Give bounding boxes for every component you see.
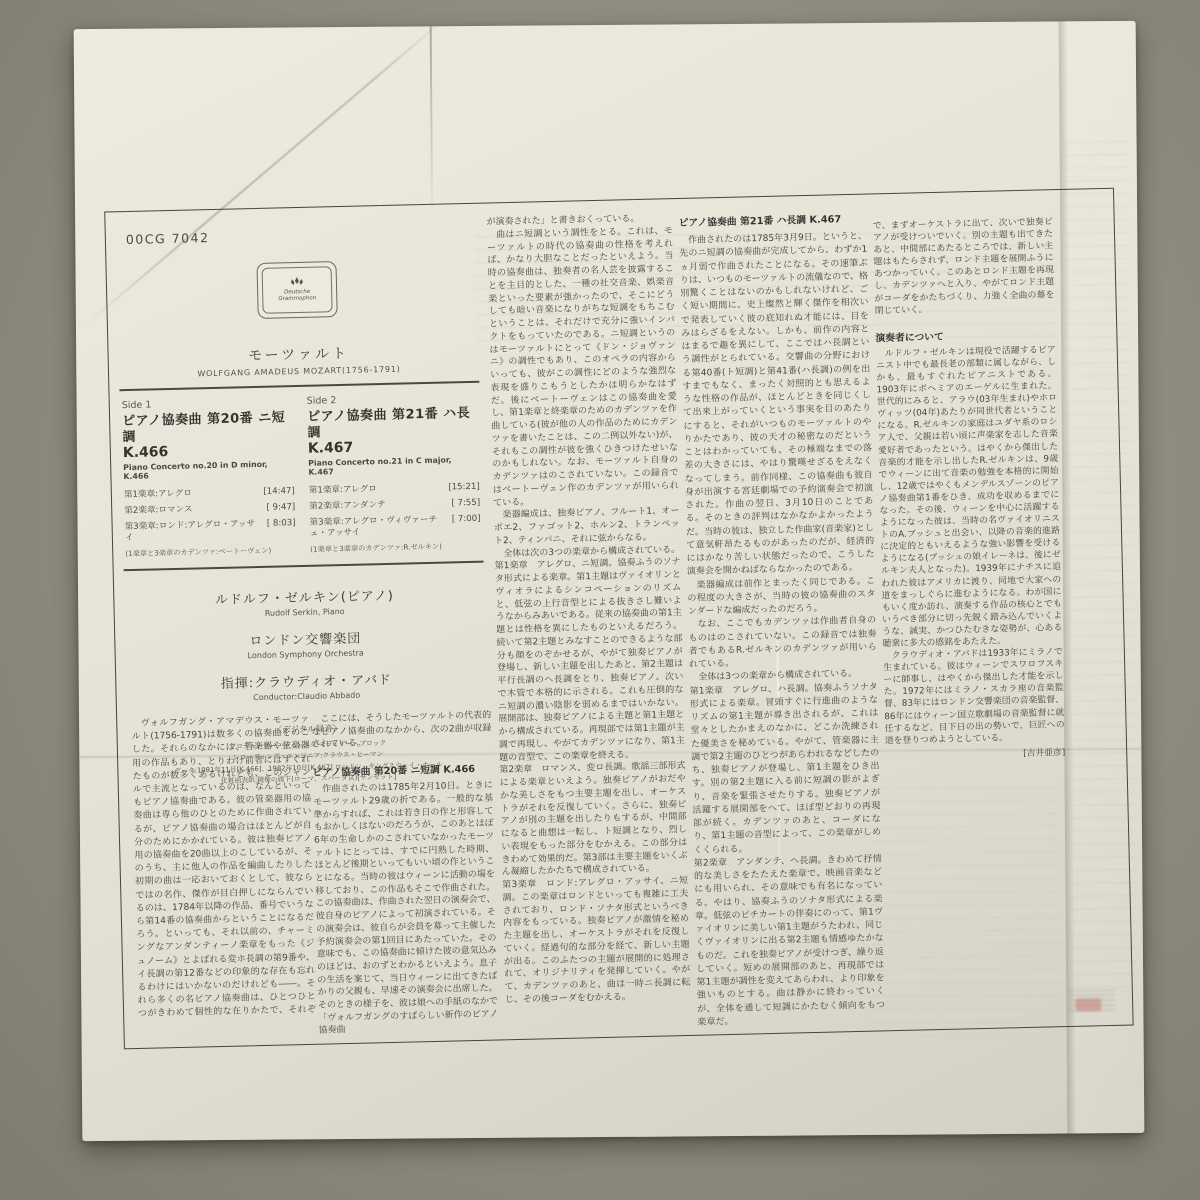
paragraph: 楽器編成は、独奏ピアノ、フルート1、オーボエ2、ファゴット2、ホルン2、トランペ… (493, 505, 680, 548)
paragraph: ここには、そうしたモーツァルトの代表的なピアノ協奏曲のなかから、次の2曲が収録さ… (311, 710, 492, 752)
track-duration: [ 7:00] (452, 514, 481, 537)
side1-label: Side 1 (122, 396, 293, 411)
track-row: 第1楽章:アレグロ [14:47] (124, 487, 295, 502)
side1-koechel-number: K.466 (123, 442, 294, 461)
track-row: 第3楽章:アレグロ・ヴィヴァーチェ・アッサイ [ 7:00] (309, 514, 480, 540)
paragraph: 曲はニ短調という調性をとる。これは、モーツァルトの時代の協奏曲の性格を考えれば、… (487, 225, 680, 510)
side2-work-title: ピアノ協奏曲 第21番 ハ長調 (307, 405, 479, 442)
side1-cadenza-note: (1楽章と3楽章のカデンツァ:ベートーヴェン) (125, 545, 296, 558)
deutsche-grammophon-logo: Deutsche Grammophon (256, 261, 337, 319)
dg-logo-cartouche: Deutsche Grammophon (262, 266, 333, 314)
paragraph: 作曲されたのは1785年2月10日。ときにモーツァルト29歳の折である。一般的な… (313, 780, 499, 1038)
track-title: 第2楽章:ロマンス (124, 505, 193, 518)
k466-section-heading: ピアノ協奏曲 第20番 ニ短調 K.466 (312, 761, 492, 779)
track-title: 第3楽章:ロンド:アレグロ・アッサイ (125, 519, 262, 545)
photo-backdrop: { "colors":{"backdrop":"#8e8b7f","paper"… (0, 0, 1200, 1200)
track-title: 第3楽章:アレグロ・ヴィヴァーチェ・アッサイ (309, 514, 446, 540)
printed-page: 00CG 7042 Deutsche Grammophon モーツァルト WOL… (104, 188, 1133, 1050)
paragraph: 第2楽章 アンダンテ、ヘ長調。きわめて抒情的な美しさをたたえた楽章で、映画音楽な… (694, 853, 886, 1029)
paragraph: 第2楽章 ロマンス、変ロ長調。歌謡三部形式による楽章といえよう。独奏ピアノがおだ… (499, 760, 688, 879)
k467-section-heading: ピアノ協奏曲 第21番 ハ長調 K.467 (678, 211, 866, 229)
track-duration: [ 7:55] (451, 498, 480, 510)
liner-notes-sheet: 00CG 7042 Deutsche Grammophon モーツァルト WOL… (74, 21, 1145, 1141)
track-duration: [ 8:03] (267, 518, 296, 541)
track-row: 第2楽章:アンダンテ [ 7:55] (309, 498, 480, 513)
paragraph: なお、ここでもカデンツァは作曲者自身のものはのこされていない。この録音では独奏者… (688, 615, 877, 672)
side2-tracklist: Side 2 ピアノ協奏曲 第21番 ハ長調 K.467 Piano Conce… (307, 391, 482, 553)
divider-rule (119, 381, 479, 391)
liner-notes-column-4: ピアノ協奏曲 第21番 ハ長調 K.467 作曲されたのは1785年3月9日。と… (678, 211, 885, 1029)
track-row: 第3楽章:ロンド:アレグロ・アッサイ [ 8:03] (125, 518, 296, 544)
divider-rule (124, 561, 484, 571)
artist-credits: ルドルフ・ゼルキン(ピアノ) Rudolf Serkin, Piano ロンドン… (122, 582, 489, 705)
paragraph: ルドルフ・ゼルキンは現役で活躍するピアニスト中でも最長老の部類に属しながら、しか… (876, 344, 1063, 651)
track-title: 第1楽章:アレグロ (124, 489, 192, 502)
side1-tracklist: Side 1 ピアノ協奏曲 第20番 ニ短調 K.466 Piano Conce… (122, 396, 297, 558)
track-row: 第2楽章:ロマンス [ 9:47] (124, 502, 295, 517)
dg-tulip-crest-icon (289, 277, 305, 288)
performers-section-heading: 演奏者について (875, 326, 1055, 344)
liner-notes-column-2: ここには、そうしたモーツァルトの代表的なピアノ協奏曲のなかから、次の2曲が収録さ… (311, 710, 499, 1040)
track-duration: [ 9:47] (266, 502, 295, 514)
liner-notes-column-3: が演奏された」と書きおくっている。 曲はニ短調という調性をとる。これは、モーツァ… (486, 212, 691, 1020)
paragraph: クラウディオ・アバドは1933年にミラノで生まれている。彼はウィーンでスワロフス… (883, 646, 1065, 747)
side2-koechel-number: K.467 (308, 438, 479, 457)
writer-credit: [吉井亜彦] (885, 745, 1065, 760)
track-duration: [14:47] (263, 487, 295, 499)
side2-cadenza-note: (1楽章と3楽章のカデンツァ:R.ゼルキン) (310, 540, 481, 553)
track-duration: [15:21] (448, 482, 480, 494)
paragraph: 楽器編成は前作とまったく同じである。この程度の大きさが、当時の彼の協奏曲のスタン… (687, 575, 876, 619)
paragraph: 作曲されたのは1785年3月9日。というと、先のニ短調の協奏曲が完成してから、わ… (679, 231, 875, 580)
track-title: 第2楽章:アンダンテ (309, 500, 386, 513)
side1-work-title-en: Piano Concerto no.20 in D minor, K.466 (123, 460, 294, 482)
catalog-number: 00CG 7042 (126, 230, 210, 247)
tracklist-section: Side 1 ピアノ協奏曲 第20番 ニ短調 K.466 Piano Conce… (118, 391, 486, 558)
album-info-panel: 00CG 7042 Deutsche Grammophon モーツァルト WOL… (113, 210, 488, 692)
paragraph: ヴォルフガング・アマデウス・モーツァルト(1756-1791)は数多くの協奏曲を… (131, 714, 316, 1020)
paragraph: で、まずオーケストラに出て、次いで独奏ピアノが受けついでいく。別の主題も出てきた… (873, 216, 1055, 317)
paragraph: 第1楽章 アレグロ、ハ長調。協奏ふうソナタ形式による楽章。冒頭すぐに行進曲のよう… (690, 681, 882, 858)
side2-work-title-en: Piano Concerto no.21 in C major, K.467 (308, 455, 479, 477)
side2-label: Side 2 (307, 391, 478, 406)
paragraph: 第3楽章 ロンド:アレグロ・アッサイ、ニ短調。この楽章はロンドといっても複雑に工… (502, 875, 691, 1007)
side1-work-title: ピアノ協奏曲 第20番 ニ短調 (122, 410, 294, 447)
liner-notes-column-5: で、まずオーケストラに出て、次いで独奏ピアノが受けついでいく。別の主題も出てきた… (873, 216, 1066, 760)
fold-crease-vertical (430, 26, 434, 221)
dg-logo-text: Deutsche Grammophon (266, 289, 329, 303)
track-title: 第1楽章:アレグロ (309, 485, 377, 498)
liner-notes-column-1: ヴォルフガング・アマデウス・モーツァルト(1756-1791)は数多くの協奏曲を… (131, 714, 316, 1020)
paragraph: 第1楽章 アレグロ、ニ短調。協奏ふうのソナタ形式による楽章。第1主題はヴァイオリ… (495, 556, 686, 764)
track-row: 第1楽章:アレグロ [15:21] (309, 482, 480, 497)
